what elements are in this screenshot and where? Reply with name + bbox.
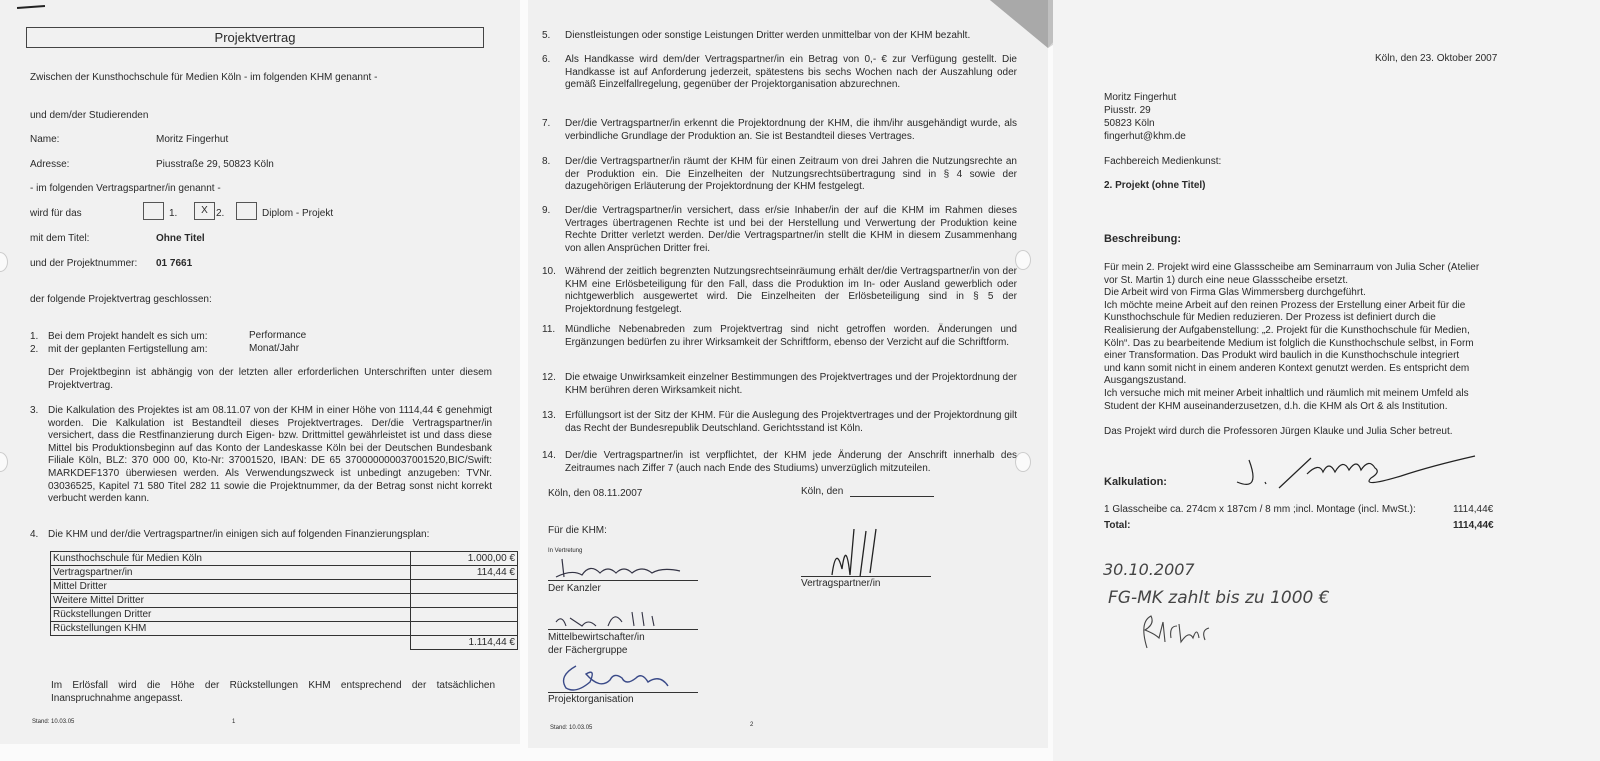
titel-label: mit dem Titel: <box>30 233 89 246</box>
clause-text: Mündliche Nebenabreden zum Projektvertra… <box>565 324 1017 349</box>
date-right-label: Köln, den <box>801 486 843 499</box>
finance-row: Rückstellungen Dritter <box>51 608 518 622</box>
finance-row-value: 114,44 € <box>411 566 518 580</box>
signature-line-vertragspartner <box>801 576 931 577</box>
clause-text: Der/die Vertragspartner/in ist verpflich… <box>565 450 1017 475</box>
intro-text: Zwischen der Kunsthochschule für Medien … <box>30 72 377 85</box>
clause-number: 6. <box>542 54 550 67</box>
item2-label: mit der geplanten Fertigstellung am: <box>48 344 208 357</box>
description-line: Ausgangszustand. <box>1104 375 1186 388</box>
kanzler-label: Der Kanzler <box>548 583 601 596</box>
clause-number: 11. <box>542 324 555 337</box>
signature-mittelbewirtschafter <box>552 608 692 630</box>
wird-label: wird für das <box>30 208 82 221</box>
checkbox-diploma-project[interactable] <box>236 202 257 220</box>
clause-number: 5. <box>542 30 550 43</box>
beschreibung-heading: Beschreibung: <box>1104 233 1181 246</box>
signature-klauke <box>1231 452 1481 498</box>
fachbereich-label: Fachbereich Medienkunst: <box>1104 156 1221 169</box>
item3-text: Die Kalkulation des Projektes ist am 08.… <box>48 405 492 506</box>
mittel-label-2: der Fächergruppe <box>548 645 628 658</box>
pen-mark <box>17 5 45 9</box>
vertragspartner-label: Vertragspartner/in <box>801 578 881 591</box>
name-value: Moritz Fingerhut <box>156 134 228 147</box>
finance-row-value: 1.000,00 € <box>411 552 518 566</box>
clause-text: Die etwaige Unwirksamkeit einzelner Best… <box>565 372 1017 397</box>
description-line: Kunsthochschule für Medien reduzieren. D… <box>1104 312 1436 325</box>
punch-hole <box>1015 452 1031 472</box>
contract-page-2: 5.Dienstleistungen oder sonstige Leistun… <box>528 0 1048 748</box>
stand-footer: Stand: 10.03.05 <box>32 716 74 729</box>
clause-number: 12. <box>542 372 556 385</box>
fuer-khm-label: Für die KHM: <box>548 525 607 538</box>
finance-row: Rückstellungen KHM <box>51 622 518 636</box>
finance-row-value <box>411 594 518 608</box>
item-number: 1. <box>30 331 38 344</box>
finance-row-label: Rückstellungen KHM <box>51 622 411 636</box>
punch-hole <box>1015 250 1031 270</box>
date-left: Köln, den 08.11.2007 <box>548 488 642 501</box>
description-line: und kann somit nicht in einem anderen Ko… <box>1104 363 1469 376</box>
letter-date: Köln, den 23. Oktober 2007 <box>1375 53 1497 66</box>
clause-text: Der/die Vertragspartner/in erkennt die P… <box>565 118 1017 143</box>
finance-total-row: 1.114,44 € <box>51 636 518 650</box>
kalkulation-item-value: 1114,44€ <box>1453 504 1493 517</box>
finance-row-value <box>411 580 518 594</box>
clause-text: Erfüllungsort ist der Sitz der KHM. Für … <box>565 410 1017 435</box>
item-number: 3. <box>30 405 38 418</box>
description-line: vor St. Martin 1) durch eine neue Glasss… <box>1104 275 1348 288</box>
spacer <box>51 636 411 650</box>
projektbeginn-text: Der Projektbeginn ist abhängig von der l… <box>48 367 492 392</box>
finance-row-value <box>411 622 518 636</box>
item1-value: Performance <box>249 330 306 343</box>
total-label: Total: <box>1104 520 1130 533</box>
address-value: Piusstraße 29, 50823 Köln <box>156 159 274 172</box>
clause-text: Der/die Vertragspartner/in versichert, d… <box>565 205 1017 255</box>
page-number: 1 <box>232 716 235 729</box>
sender-email: fingerhut@khm.de <box>1104 131 1186 144</box>
item1-label: Bei dem Projekt handelt es sich um: <box>48 331 208 344</box>
clause-text: Als Handkasse wird dem/der Vertragspartn… <box>565 54 1017 92</box>
date-right-line[interactable] <box>850 496 934 497</box>
signature-line-kanzler <box>548 580 698 581</box>
sender-street: Piusstr. 29 <box>1104 105 1151 118</box>
partner-note: - im folgenden Vertragspartner/in genann… <box>30 183 221 196</box>
finance-row: Vertragspartner/in114,44 € <box>51 566 518 580</box>
total-value: 1114,44€ <box>1453 520 1494 533</box>
finance-row-label: Weitere Mittel Dritter <box>51 594 411 608</box>
page-title: Projektvertrag <box>26 27 484 48</box>
clause-number: 10. <box>542 266 556 279</box>
description-line: Student der KHM auseinanderzusetzen, d.h… <box>1104 401 1448 414</box>
clause-text: Der/die Vertragspartner/in räumt der KHM… <box>565 156 1017 194</box>
finance-total-value: 1.114,44 € <box>411 636 518 650</box>
checkbox-second-label: 2. <box>216 208 224 221</box>
description-line: Köln“. Das zu bearbeitende Medium ist fo… <box>1104 338 1474 351</box>
page-number: 2 <box>750 719 753 732</box>
mittel-label-1: Mittelbewirtschafter/in <box>548 632 645 645</box>
name-label: Name: <box>30 134 59 147</box>
description-line: Ich möchte meine Arbeit auf den reinen P… <box>1104 300 1465 313</box>
description-line: einer Transformation. Das Produkt wird b… <box>1104 350 1459 363</box>
titel-value: Ohne Titel <box>156 233 205 246</box>
checkbox-second-project[interactable]: X <box>194 202 215 220</box>
sender-name: Moritz Fingerhut <box>1104 92 1176 105</box>
description-line: Realisierung der Aufgabenstellung: „2. P… <box>1104 325 1470 338</box>
handwritten-initials <box>1135 612 1215 652</box>
clause-number: 13. <box>542 410 556 423</box>
erloesfall-text: Im Erlösfall wird die Höhe der Rückstell… <box>51 680 495 705</box>
clause-text: Dienstleistungen oder sonstige Leistunge… <box>565 30 1017 43</box>
signature-kanzler <box>552 555 692 581</box>
finance-row-label: Rückstellungen Dritter <box>51 608 411 622</box>
signature-line-mittel <box>548 629 698 630</box>
betreut-text: Das Projekt wird durch die Professoren J… <box>1104 426 1453 439</box>
finance-row-label: Vertragspartner/in <box>51 566 411 580</box>
finance-row-value <box>411 608 518 622</box>
sender-city: 50823 Köln <box>1104 118 1155 131</box>
description-line: Für mein 2. Projekt wird eine Glassschei… <box>1104 262 1479 275</box>
address-label: Adresse: <box>30 159 69 172</box>
description-line: Die Arbeit wird von Firma Glas Wimmersbe… <box>1104 287 1366 300</box>
finance-row-label: Mittel Dritter <box>51 580 411 594</box>
handwritten-date: 30.10.2007 <box>1103 560 1195 579</box>
item-number: 2. <box>30 344 38 357</box>
item2-value: Monat/Jahr <box>249 343 299 356</box>
nummer-label: und der Projektnummer: <box>30 258 137 271</box>
contract-page-1: Projektvertrag Zwischen der Kunsthochsch… <box>0 0 520 744</box>
punch-hole <box>0 452 8 472</box>
stand-footer: Stand: 10.03.05 <box>550 722 592 735</box>
checkbox-first-label: 1. <box>169 208 177 221</box>
signature-projektorganisation <box>556 660 696 694</box>
und-text: und dem/der Studierenden <box>30 110 148 123</box>
finance-row: Weitere Mittel Dritter <box>51 594 518 608</box>
geschlossen-text: der folgende Projektvertrag geschlossen: <box>30 294 212 307</box>
clause-number: 8. <box>542 156 550 169</box>
finance-plan-table: Kunsthochschule für Medien Köln1.000,00 … <box>50 551 518 650</box>
description-line: Ich versuche mich mit meiner Arbeit inha… <box>1104 388 1469 401</box>
clause-number: 9. <box>542 205 550 218</box>
clause-number: 14. <box>542 450 556 463</box>
project-title: 2. Projekt (ohne Titel) <box>1104 180 1206 193</box>
projektorganisation-label: Projektorganisation <box>548 694 634 707</box>
clause-text: Während der zeitlich begrenzten Nutzungs… <box>565 266 1017 316</box>
kalkulation-item-label: 1 Glasscheibe ca. 274cm x 187cm / 8 mm ;… <box>1104 504 1416 517</box>
clause-number: 7. <box>542 118 550 131</box>
handwritten-note: FG-MK zahlt bis zu 1000 € <box>1108 588 1330 608</box>
finance-row-label: Kunsthochschule für Medien Köln <box>51 552 411 566</box>
signature-line-projektorganisation <box>548 692 698 693</box>
item4-text: Die KHM und der/die Vertragspartner/in e… <box>48 529 429 542</box>
project-description-page: Köln, den 23. Oktober 2007 Moritz Finger… <box>1053 0 1600 761</box>
nummer-value: 01 7661 <box>156 258 192 271</box>
finance-row: Mittel Dritter <box>51 580 518 594</box>
checkbox-first-project[interactable] <box>143 202 164 220</box>
finance-row: Kunsthochschule für Medien Köln1.000,00 … <box>51 552 518 566</box>
punch-hole <box>0 252 8 272</box>
checkbox-diploma-label: Diplom - Projekt <box>262 208 333 221</box>
kalkulation-heading: Kalkulation: <box>1104 476 1167 489</box>
item-number: 4. <box>30 529 38 542</box>
